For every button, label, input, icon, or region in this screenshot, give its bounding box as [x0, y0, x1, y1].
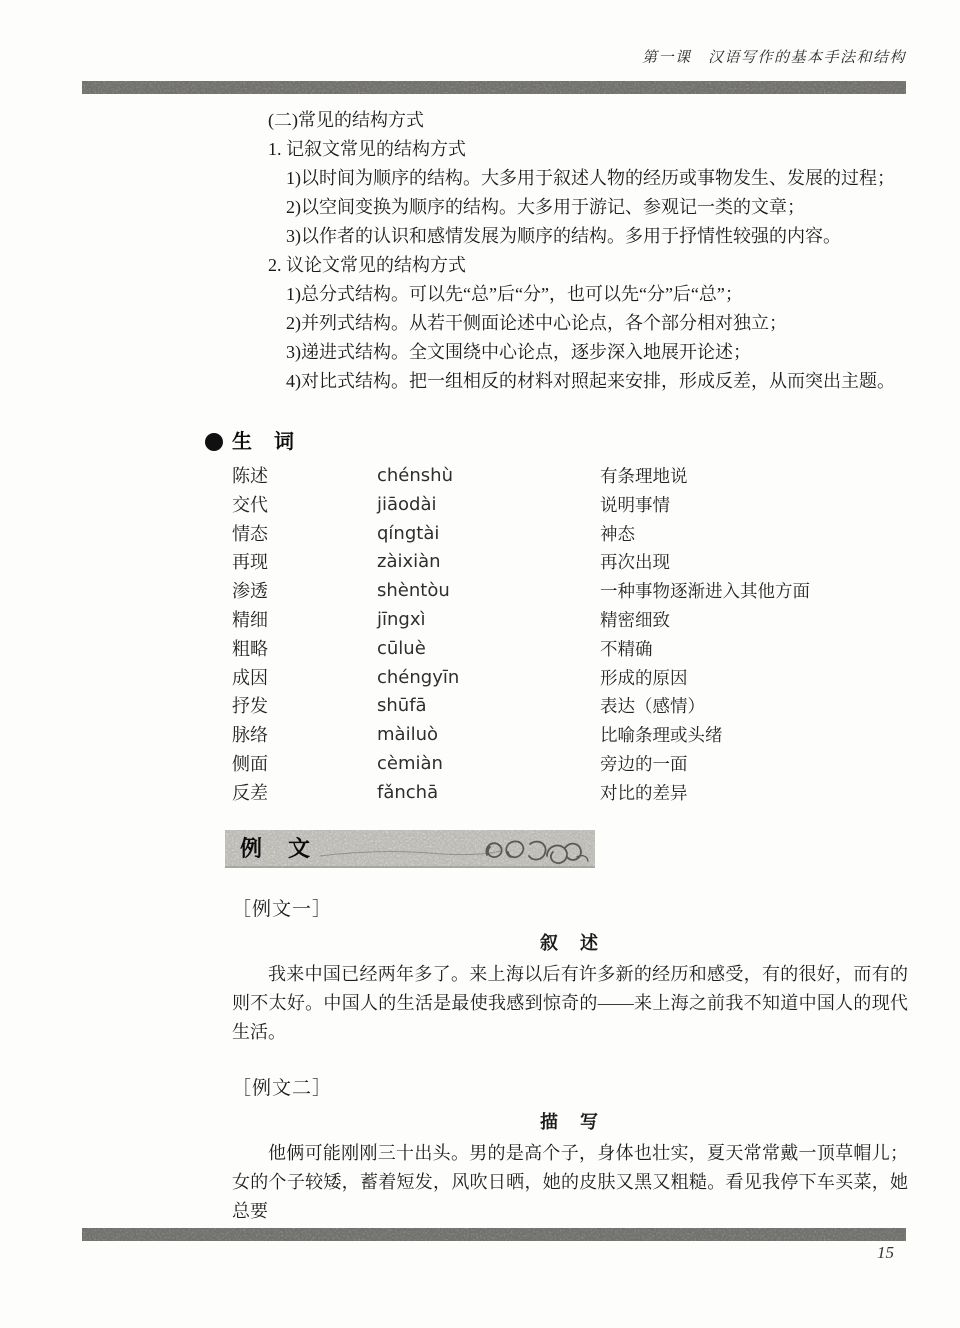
- vocab-meaning: 神态: [600, 520, 908, 549]
- vocab-meaning: 旁边的一面: [600, 750, 908, 779]
- vocab-heading-label: 生 词: [232, 431, 295, 453]
- vocab-meaning: 不精确: [600, 635, 908, 664]
- list-item-argumentative: 2. 议论文常见的结构方式: [268, 251, 908, 280]
- vocab-meaning: 说明事情: [600, 491, 908, 520]
- bullet-icon: [205, 433, 223, 451]
- banner-title: 例 文: [240, 834, 312, 863]
- vocab-section-heading: 生 词: [232, 427, 908, 457]
- vocab-pinyin: cūluè: [377, 635, 600, 664]
- list-subitem: 4)对比式结构。把一组相反的材料对照起来安排，形成反差，从而突出主题。: [286, 367, 908, 396]
- vocab-pinyin: fǎnchā: [377, 779, 600, 808]
- vocab-word: 侧面: [232, 750, 377, 779]
- vocab-row: 成因 chéngyīn 形成的原因: [232, 664, 908, 693]
- vocab-row: 侧面 cèmiàn 旁边的一面: [232, 750, 908, 779]
- vocab-pinyin: cèmiàn: [377, 750, 600, 779]
- vocab-word: 抒发: [232, 692, 377, 721]
- list-subitem: 3)以作者的认识和感情发展为顺序的结构。多用于抒情性较强的内容。: [286, 222, 908, 251]
- vocab-meaning: 对比的差异: [600, 779, 908, 808]
- example-one: ［例文一］ 叙 述 我来中国已经两年多了。来上海以后有许多新的经历和感受，有的很…: [232, 895, 908, 1047]
- vocab-word: 精细: [232, 606, 377, 635]
- list-subitem: 1)总分式结构。可以先“总”后“分”，也可以先“分”后“总”；: [286, 280, 908, 309]
- vocab-row: 再现 zàixiàn 再次出现: [232, 548, 908, 577]
- page-number: 15: [877, 1243, 894, 1263]
- vocab-word: 再现: [232, 548, 377, 577]
- vocab-row: 脉络 màiluò 比喻条理或头绪: [232, 721, 908, 750]
- structure-section: (二)常见的结构方式 1. 记叙文常见的结构方式 1)以时间为顺序的结构。大多用…: [232, 106, 908, 396]
- vocab-word: 陈述: [232, 462, 377, 491]
- list-subitem: 1)以时间为顺序的结构。大多用于叙述人物的经历或事物发生、发展的过程；: [286, 164, 908, 193]
- example-subtitle: 描 写: [232, 1108, 908, 1137]
- vocab-row: 粗略 cūluè 不精确: [232, 635, 908, 664]
- vocab-word: 脉络: [232, 721, 377, 750]
- list-subitem: 3)递进式结构。全文围绕中心论点，逐步深入地展开论述；: [286, 338, 908, 367]
- example-subtitle: 叙 述: [232, 929, 908, 958]
- vocab-meaning: 比喻条理或头绪: [600, 721, 908, 750]
- vocab-word: 成因: [232, 664, 377, 693]
- divider-bar-bottom: [82, 1228, 906, 1241]
- vocab-pinyin: màiluò: [377, 721, 600, 750]
- textbook-page: 第一课 汉语写作的基本手法和结构 (二)常见的结构方式 1. 记叙文常见的结构方…: [0, 0, 960, 1328]
- vocab-row: 反差 fǎnchā 对比的差异: [232, 779, 908, 808]
- divider-bar-top: [82, 81, 906, 94]
- list-subitem: 2)以空间变换为顺序的结构。大多用于游记、参观记一类的文章；: [286, 193, 908, 222]
- example-label: ［例文二］: [232, 1074, 908, 1103]
- vocab-word: 交代: [232, 491, 377, 520]
- example-paragraph: 他俩可能刚刚三十出头。男的是高个子，身体也壮实，夏天常常戴一顶草帽儿；女的个子较…: [232, 1139, 908, 1226]
- vocab-pinyin: chéngyīn: [377, 664, 600, 693]
- example-label: ［例文一］: [232, 895, 908, 924]
- vocab-meaning: 形成的原因: [600, 664, 908, 693]
- vocab-pinyin: shūfā: [377, 692, 600, 721]
- list-item-narrative: 1. 记叙文常见的结构方式: [268, 135, 908, 164]
- example-paragraph: 我来中国已经两年多了。来上海以后有许多新的经历和感受，有的很好，而有的则不太好。…: [232, 960, 908, 1047]
- example-two: ［例文二］ 描 写 他俩可能刚刚三十出头。男的是高个子，身体也壮实，夏天常常戴一…: [232, 1074, 908, 1226]
- vocab-word: 粗略: [232, 635, 377, 664]
- example-section-banner: 例 文: [225, 830, 595, 868]
- vocab-meaning: 再次出现: [600, 548, 908, 577]
- vocab-pinyin: chénshù: [377, 462, 600, 491]
- vocab-row: 抒发 shūfā 表达（感情）: [232, 692, 908, 721]
- vocab-word: 反差: [232, 779, 377, 808]
- vocab-pinyin: jīngxì: [377, 606, 600, 635]
- running-header: 第一课 汉语写作的基本手法和结构: [642, 46, 906, 67]
- vocab-row: 精细 jīngxì 精密细致: [232, 606, 908, 635]
- vocab-pinyin: jiāodài: [377, 491, 600, 520]
- page-content: (二)常见的结构方式 1. 记叙文常见的结构方式 1)以时间为顺序的结构。大多用…: [232, 106, 908, 1226]
- vocab-meaning: 精密细致: [600, 606, 908, 635]
- vocab-meaning: 有条理地说: [600, 462, 908, 491]
- vocab-row: 情态 qíngtài 神态: [232, 520, 908, 549]
- vocab-word: 情态: [232, 520, 377, 549]
- vocab-meaning: 表达（感情）: [600, 692, 908, 721]
- list-subitem: 2)并列式结构。从若干侧面论述中心论点，各个部分相对独立；: [286, 309, 908, 338]
- vocab-word: 渗透: [232, 577, 377, 606]
- section-heading: (二)常见的结构方式: [268, 106, 908, 135]
- vocab-pinyin: qíngtài: [377, 520, 600, 549]
- vocab-row: 渗透 shèntòu 一种事物逐渐进入其他方面: [232, 577, 908, 606]
- vocab-meaning: 一种事物逐渐进入其他方面: [600, 577, 908, 606]
- vocab-pinyin: zàixiàn: [377, 548, 600, 577]
- vocab-row: 交代 jiāodài 说明事情: [232, 491, 908, 520]
- vocab-pinyin: shèntòu: [377, 577, 600, 606]
- vocab-table: 陈述 chénshù 有条理地说 交代 jiāodài 说明事情 情态 qíng…: [232, 462, 908, 808]
- vocab-row: 陈述 chénshù 有条理地说: [232, 462, 908, 491]
